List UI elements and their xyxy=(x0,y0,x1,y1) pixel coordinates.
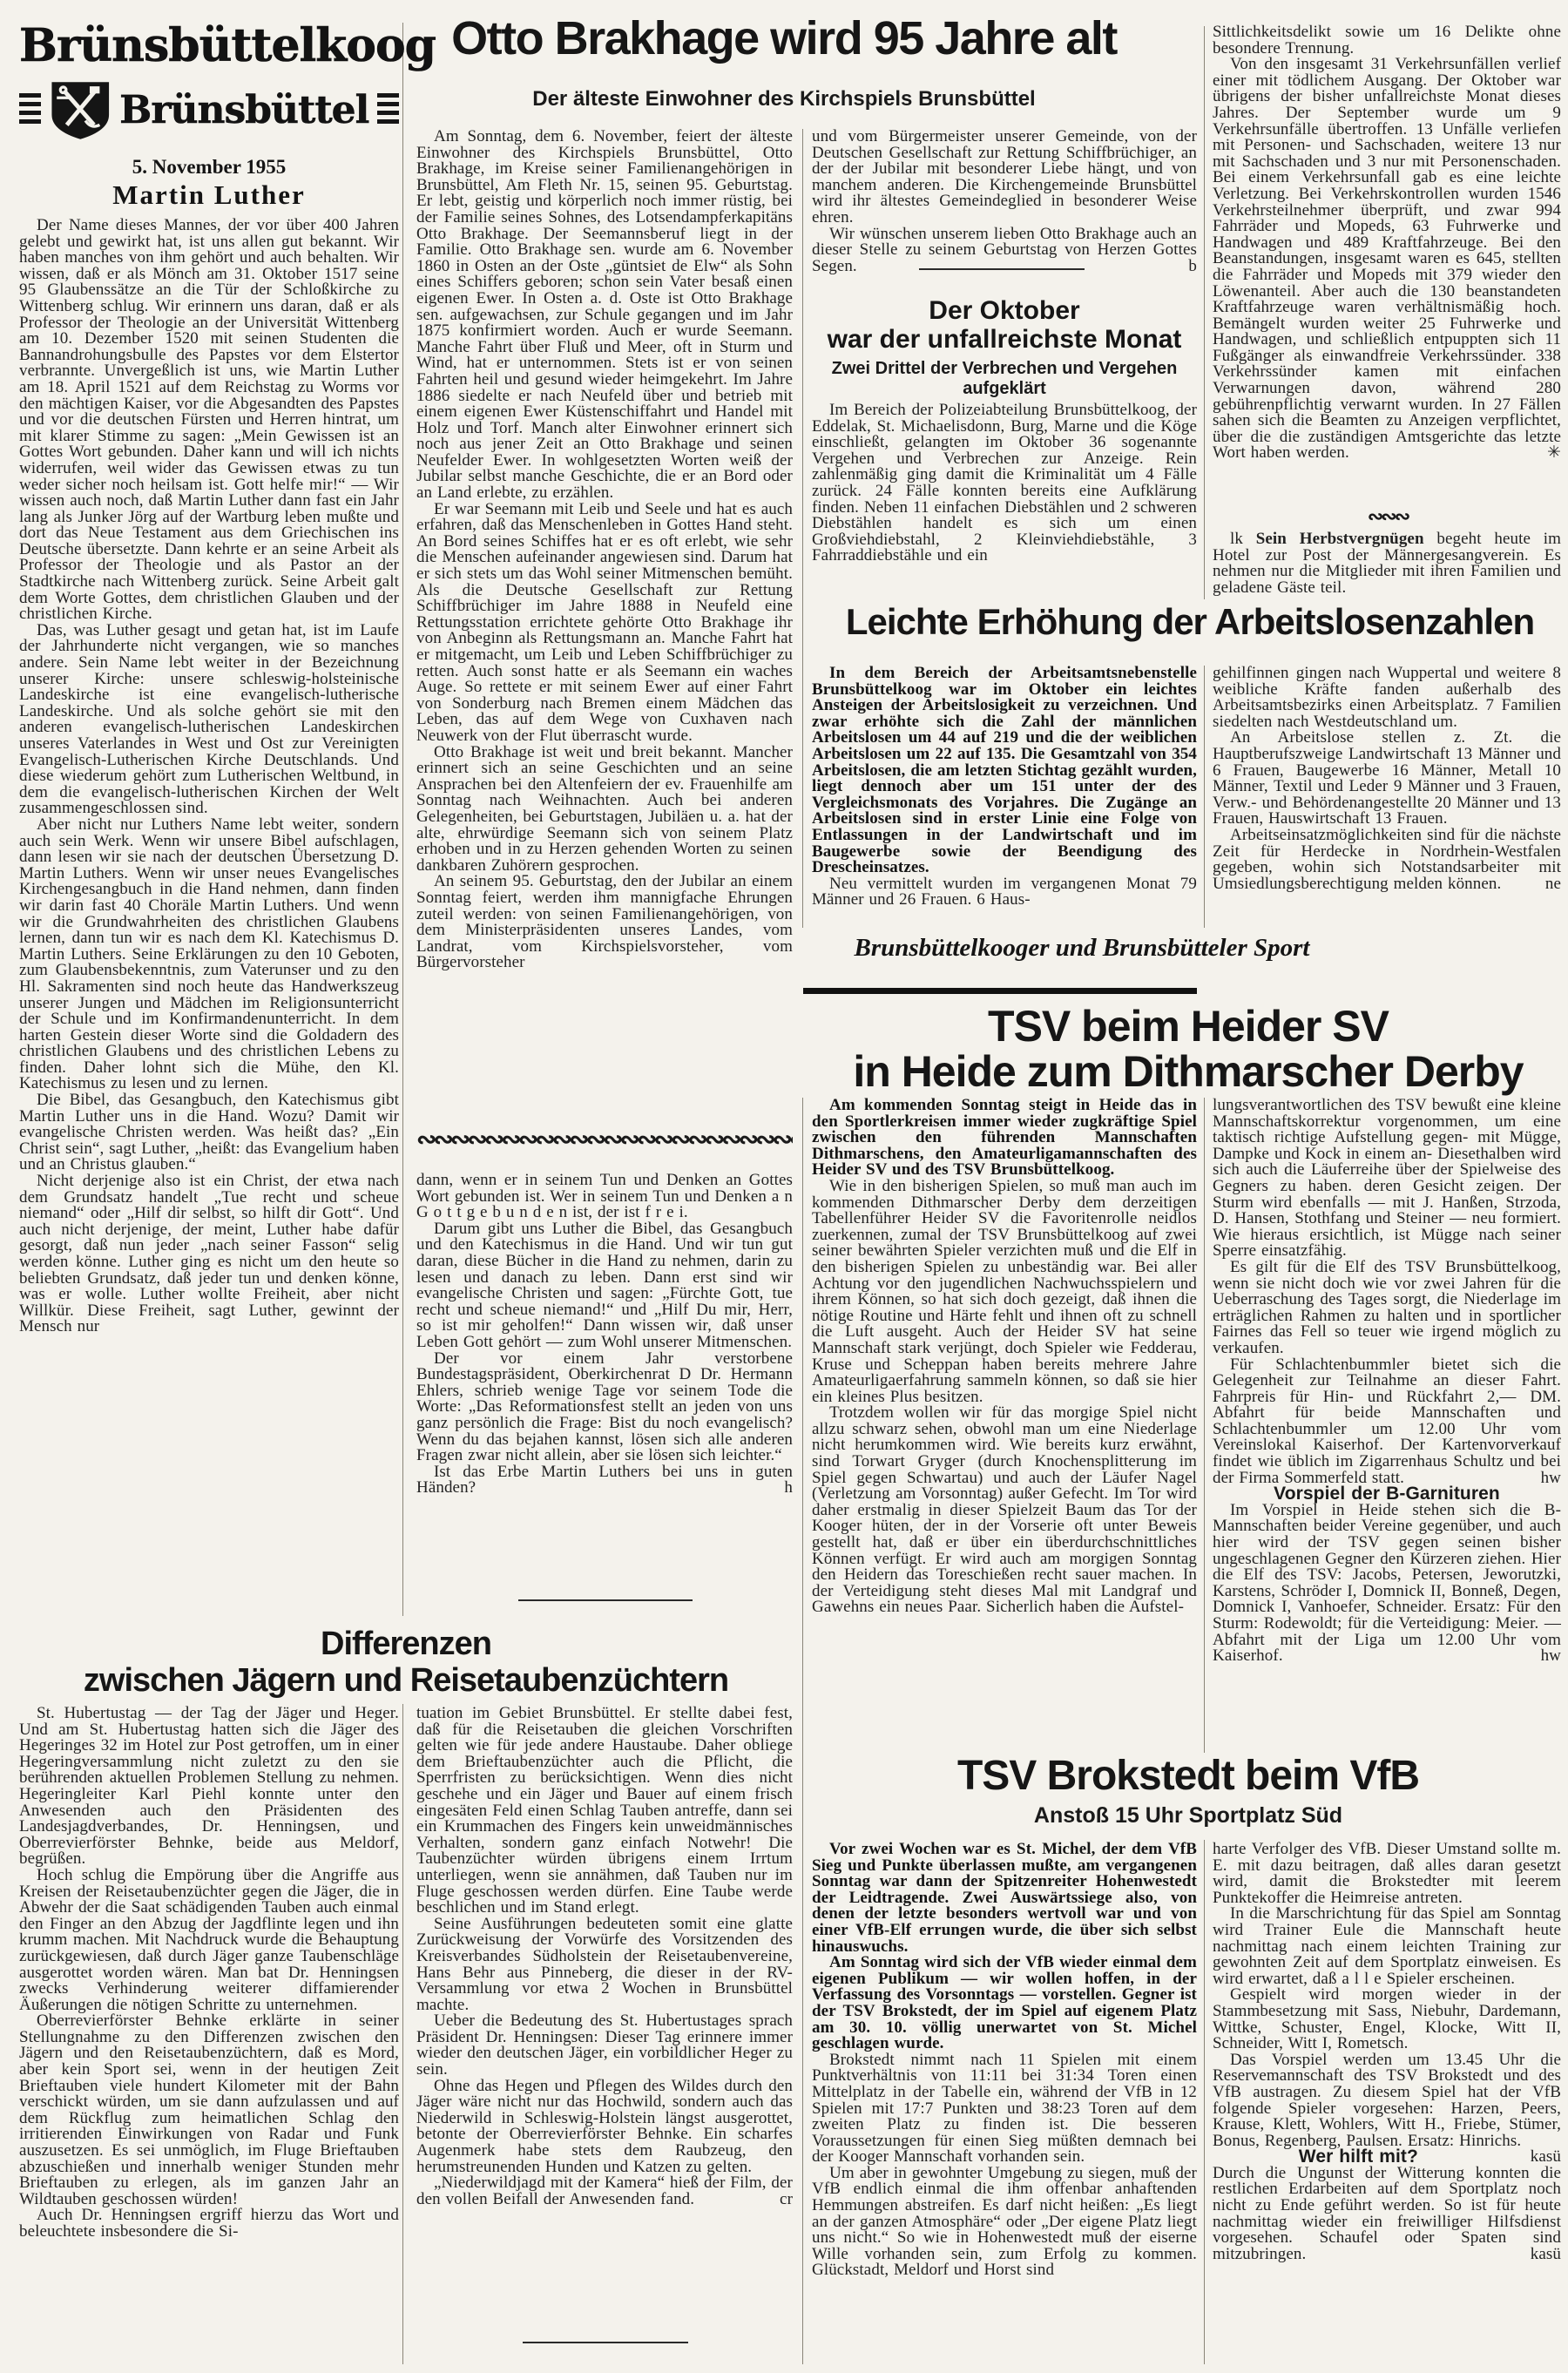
paragraph: Er war Seemann mit Leib und Seele und ha… xyxy=(416,502,793,745)
paragraph: Für Schlachtenbummler bietet sich die Ge… xyxy=(1213,1357,1561,1487)
article-brokstedt-column-b: harte Verfolger des VfB. Dieser Umstand … xyxy=(1213,1842,1561,2262)
subheadline-oktober: Zwei Drittel der Verbrechen und Vergehen… xyxy=(829,359,1179,399)
paragraph: „Niederwildjagd mit der Kamera“ hieß der… xyxy=(416,2175,793,2207)
paragraph: lungsverantwortlichen des TSV bewußt ein… xyxy=(1213,1098,1561,1260)
article-oktober-column-b: Sittlichkeitsdelikt sowie um 16 Delikte … xyxy=(1213,24,1561,462)
headline-differenzen: Differenzen zwischen Jägern und Reisetau… xyxy=(17,1626,794,1699)
column-rule xyxy=(402,1704,403,2364)
section-divider-rule xyxy=(518,1599,693,1601)
paragraph: Von den insgesamt 31 Verkehrsunfällen ve… xyxy=(1213,57,1561,462)
headline-derby-line1: TSV beim Heider SV xyxy=(810,1004,1566,1049)
article-title-martin-luther: Martin Luther xyxy=(19,179,399,211)
paragraph: Darum gibt uns Luther die Bibel, das Ges… xyxy=(416,1221,793,1351)
paragraph: Neu vermittelt wurden im vergangenen Mon… xyxy=(812,876,1197,909)
masthead-title-line1: Brünsbüttelkoog xyxy=(19,23,399,71)
headline-otto-brakhage: Otto Brakhage wird 95 Jahre alt xyxy=(409,14,1159,64)
article-oktober-column-a: Im Bereich der Polizeiabteilung Brunsbüt… xyxy=(812,402,1197,565)
paragraph: Seine Ausführungen bedeuteten somit eine… xyxy=(416,1917,793,2014)
paragraph: St. Hubertustag — der Tag der Jäger und … xyxy=(19,1706,399,1868)
article-arbeitslosen-column-b: gehilfinnen gingen nach Wuppertal und we… xyxy=(1213,666,1561,892)
ribbon-ornament-right xyxy=(377,93,399,128)
employment-text: Arbeitseinsatzmöglichkeiten sind für die… xyxy=(1213,826,1561,893)
column-rule xyxy=(802,129,803,928)
paragraph: und vom Bürgermeister unserer Gemeinde, … xyxy=(812,129,1197,226)
article-derby-column-a: Am kommenden Sonntag steigt in Heide das… xyxy=(812,1098,1197,1616)
subheadline-otto-brakhage: Der älteste Einwohner des Kirchspiels Br… xyxy=(409,87,1159,112)
column-rule xyxy=(402,23,403,1616)
paragraph: Das, was Luther gesagt und getan hat, is… xyxy=(19,623,399,817)
headline-arbeitslosenzahlen: Leichte Erhöhung der Arbeitslosenzahlen xyxy=(814,601,1565,643)
paragraph: lk Sein Herbstvergnügen begeht heute im … xyxy=(1213,531,1561,596)
paragraph: Die Bibel, das Gesangbuch, den Katechism… xyxy=(19,1092,399,1173)
headline-derby: TSV beim Heider SV in Heide zum Dithmars… xyxy=(810,1004,1566,1094)
paragraph: Das Vorspiel werden um 13.45 Uhr die Res… xyxy=(1213,2052,1561,2150)
headline-oktober: Der Oktober war der unfallreichste Monat xyxy=(812,296,1197,354)
headline-differenzen-line1: Differenzen xyxy=(17,1626,794,1662)
paragraph: Wir wünschen unserem lieben Otto Brakhag… xyxy=(812,226,1197,275)
sport-section-rule xyxy=(803,988,1197,994)
masthead-title-line2: Brünsbüttel xyxy=(119,91,368,130)
paragraph: Aber nicht nur Luthers Name lebt weiter,… xyxy=(19,817,399,1092)
film-text: „Niederwildjagd mit der Kamera“ hieß der… xyxy=(416,2174,793,2208)
paragraph: Der Name dieses Mannes, der vor über 400… xyxy=(19,218,399,623)
paragraph: Auch Dr. Henningsen ergriff hierzu das W… xyxy=(19,2207,399,2240)
closing-question: Ist das Erbe Martin Luthers bei uns in g… xyxy=(416,1463,793,1497)
paragraph: Durch die Ungunst der Witterung konnten … xyxy=(1213,2166,1561,2263)
masthead: Brünsbüttelkoog Brünsbüttel 5. November … xyxy=(19,23,399,179)
coat-of-arms-icon xyxy=(50,74,112,147)
section-divider-rule xyxy=(523,2342,688,2343)
paragraph: Am Sonntag wird sich der VfB wieder einm… xyxy=(812,1955,1197,2052)
article-differenzen-column-a: St. Hubertustag — der Tag der Jäger und … xyxy=(19,1706,399,2241)
paragraph: Hoch schlug die Empörung über die Angrif… xyxy=(19,1868,399,2013)
headline-derby-line2: in Heide zum Dithmarscher Derby xyxy=(810,1049,1566,1094)
paragraph: Am Sonntag, dem 6. November, feiert der … xyxy=(416,129,793,502)
headline-oktober-line2: war der unfallreichste Monat xyxy=(812,325,1197,354)
issue-date: 5. November 1955 xyxy=(19,156,399,179)
chain-ornament-divider: ∾∾∾∾∾∾∾∾∾∾∾∾∾∾∾∾∾∾∾∾∾∾∾∾∾∾∾∾∾∾∾∾∾∾∾∾ xyxy=(416,1129,793,1152)
paragraph: Im Bereich der Polizeiabteilung Brunsbüt… xyxy=(812,402,1197,565)
subheadline-brokstedt: Anstoß 15 Uhr Sportplatz Süd xyxy=(810,1803,1566,1829)
author-initial: h xyxy=(758,1480,793,1497)
column-rule xyxy=(1204,1098,1205,1753)
article-brokstedt-column-a: Vor zwei Wochen war es St. Michel, der d… xyxy=(812,1842,1197,2279)
paragraph: Am kommenden Sonntag steigt in Heide das… xyxy=(812,1098,1197,1179)
paragraph: Vor zwei Wochen war es St. Michel, der d… xyxy=(812,1842,1197,1955)
paragraph: Gespielt wird morgen wieder in der Stamm… xyxy=(1213,1987,1561,2052)
paragraph: Sittlichkeitsdelikt sowie um 16 Delikte … xyxy=(1213,24,1561,57)
column-rule xyxy=(1204,26,1205,599)
star-ornament: ✳ xyxy=(1521,445,1561,462)
paragraph: Um aber in gewohnter Umgebung zu siegen,… xyxy=(812,2166,1197,2279)
author-initial: kasü xyxy=(1522,2247,1561,2263)
traffic-report-text: Von den insgesamt 31 Verkehrsunfällen ve… xyxy=(1213,55,1561,462)
paragraph: tuation im Gebiet Brunsbüttel. Er stellt… xyxy=(416,1706,793,1917)
travel-info-text: Für Schlachtenbummler bietet sich die Ge… xyxy=(1213,1356,1561,1487)
article-otto-column-a: Am Sonntag, dem 6. November, feiert der … xyxy=(416,129,793,971)
paragraph: Ueber die Bedeutung des St. Hubertustage… xyxy=(416,2013,793,2078)
paragraph: Im Vorspiel in Heide stehen sich die B-M… xyxy=(1213,1503,1561,1665)
headline-differenzen-line2: zwischen Jägern und Reisetaubenzüchtern xyxy=(17,1662,794,1699)
article-derby-column-b: lungsverantwortlichen des TSV bewußt ein… xyxy=(1213,1098,1561,1665)
newspaper-page: Brünsbüttelkoog Brünsbüttel 5. November … xyxy=(0,0,1568,2373)
article-otto-column-b: und vom Bürgermeister unserer Gemeinde, … xyxy=(812,129,1197,274)
ribbon-ornament-left xyxy=(19,93,41,128)
author-initial: hw xyxy=(1515,1648,1561,1665)
column-rule xyxy=(802,1098,803,2364)
vorspiel-text: Im Vorspiel in Heide stehen sich die B-M… xyxy=(1213,1501,1561,1665)
column-rule xyxy=(1204,1840,1205,2364)
paragraph: In dem Bereich der Arbeitsamtsnebenstell… xyxy=(812,666,1197,876)
paragraph: Oberrevierförster Behnke erklärte in sei… xyxy=(19,2013,399,2207)
paragraph: Der vor einem Jahr verstorbene Bundestag… xyxy=(416,1351,793,1464)
paragraph: Ohne das Hegen und Pflegen des Wildes du… xyxy=(416,2079,793,2176)
author-initial: hw xyxy=(1515,1470,1561,1487)
paragraph: Nicht derjenige also ist ein Christ, der… xyxy=(19,1173,399,1335)
wave-ornament-divider: ∾∾∾ xyxy=(1346,505,1429,528)
paragraph: gehilfinnen gingen nach Wuppertal und we… xyxy=(1213,666,1561,730)
article-differenzen-column-b: tuation im Gebiet Brunsbüttel. Er stellt… xyxy=(416,1706,793,2207)
author-initial: cr xyxy=(754,2192,793,2208)
paragraph: harte Verfolger des VfB. Dieser Umstand … xyxy=(1213,1842,1561,1906)
paragraph: An seinem 95. Geburtstag, den der Jubila… xyxy=(416,874,793,971)
paragraph: In die Marschrichtung für das Spiel am S… xyxy=(1213,1906,1561,1987)
article-luther-continuation: dann, wenn er in seinem Tun und Denken a… xyxy=(416,1173,793,1497)
paragraph: Ist das Erbe Martin Luthers bei uns in g… xyxy=(416,1464,793,1497)
author-initial: b xyxy=(1162,259,1197,275)
paragraph: Arbeitseinsatzmöglichkeiten sind für die… xyxy=(1213,828,1561,892)
reserve-lineup-text: Das Vorspiel werden um 13.45 Uhr die Res… xyxy=(1213,2051,1561,2150)
paragraph: Brokstedt nimmt nach 11 Spielen mit eine… xyxy=(812,2052,1197,2166)
paragraph: Wie in den bisherigen Spielen, so muß ma… xyxy=(812,1179,1197,1405)
article-arbeitslosen-column-a: In dem Bereich der Arbeitsamtsnebenstell… xyxy=(812,666,1197,909)
article-luther-body: Der Name dieses Mannes, der vor über 400… xyxy=(19,218,399,1335)
paragraph: dann, wenn er in seinem Tun und Denken a… xyxy=(416,1173,793,1221)
author-initial: ne xyxy=(1519,876,1561,893)
notice-herbstvergnuegen: lk Sein Herbstvergnügen begeht heute im … xyxy=(1213,531,1561,596)
paragraph: Otto Brakhage ist weit und breit bekannt… xyxy=(416,745,793,875)
section-divider-rule xyxy=(919,268,1085,270)
volunteer-call-text: Durch die Ungunst der Witterung konnten … xyxy=(1213,2164,1561,2263)
sport-section-label: Brunsbüttelkooger und Brunsbütteler Spor… xyxy=(803,934,1361,963)
headline-oktober-line1: Der Oktober xyxy=(812,296,1197,325)
column-rule xyxy=(1204,666,1205,928)
paragraph: An Arbeitslose stellen z. Zt. die Hauptb… xyxy=(1213,730,1561,828)
paragraph: Trotzdem wollen wir für das morgige Spie… xyxy=(812,1405,1197,1616)
headline-brokstedt: TSV Brokstedt beim VfB xyxy=(810,1754,1566,1798)
paragraph: Es gilt für die Elf des TSV Brunsbüttelk… xyxy=(1213,1260,1561,1357)
